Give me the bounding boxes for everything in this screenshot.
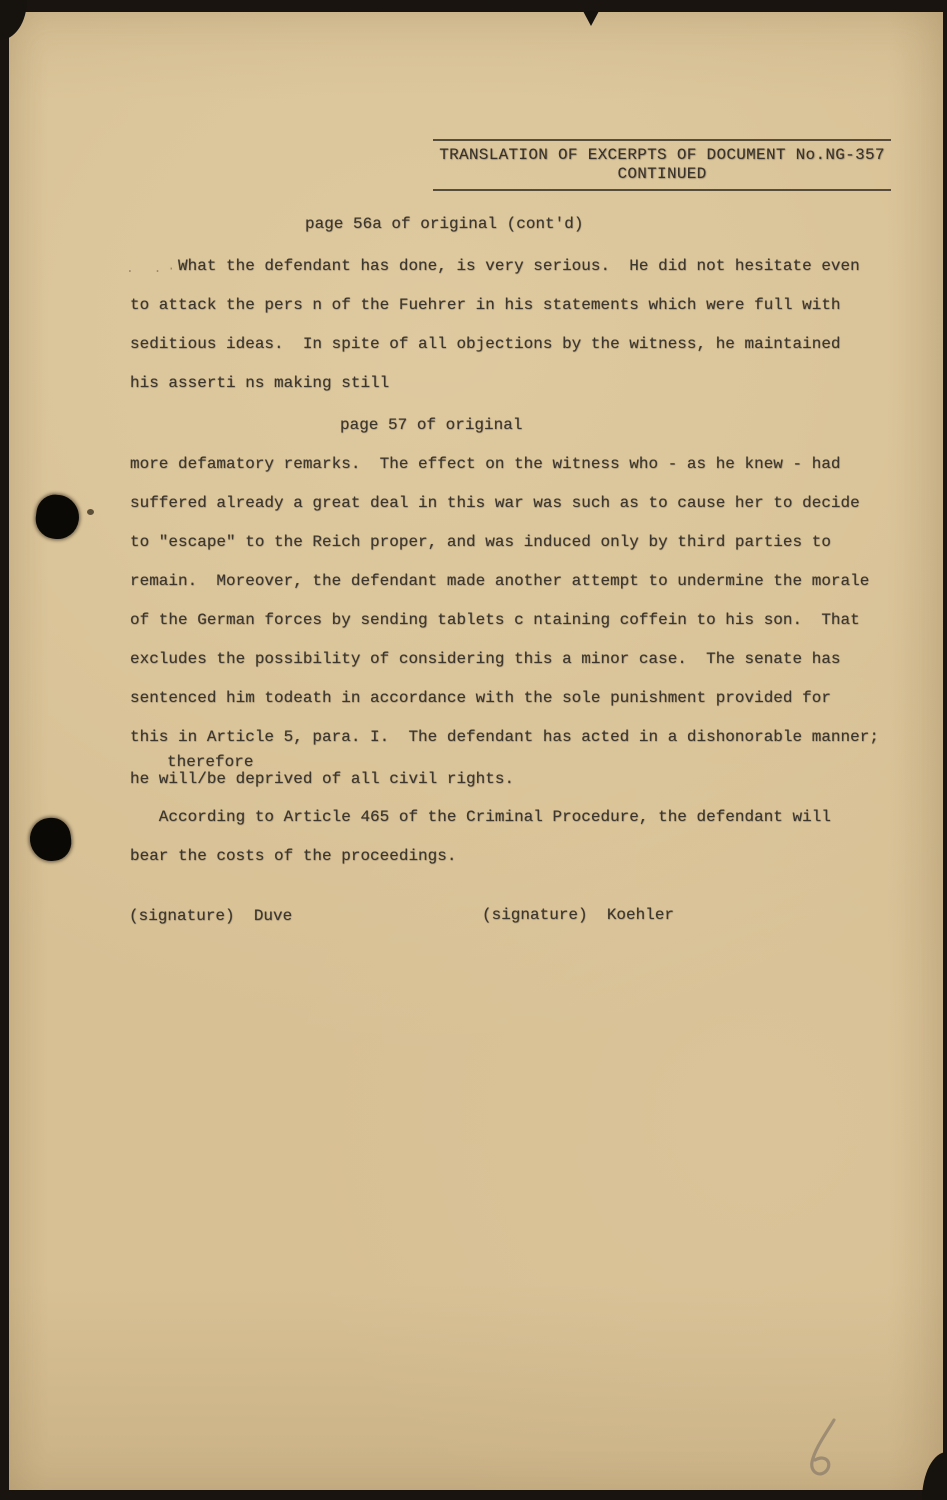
typed-line: bear the costs of the proceedings. — [130, 847, 831, 886]
typed-line: to "escape" to the Reich proper, and was… — [130, 533, 879, 572]
typed-line: of the German forces by sending tablets … — [130, 611, 879, 650]
civil-rights-line: he will/be deprived of all civil rights. — [130, 770, 514, 788]
typed-line: sentenced him todeath in accordance with… — [130, 689, 879, 728]
scan-edge-notch — [583, 11, 599, 26]
paragraph-1: What the defendant has done, is very ser… — [130, 257, 860, 413]
pencil-page-number — [801, 1417, 845, 1481]
ink-speck — [87, 509, 94, 515]
typed-line: his asserti ns making still — [130, 374, 860, 413]
signature-koehler: (signature) Koehler — [482, 906, 674, 924]
stamp-continued-line: CONTINUED — [433, 165, 891, 183]
heading-page-57: page 57 of original — [340, 416, 522, 434]
typed-line: remain. Moreover, the defendant made ano… — [130, 572, 879, 611]
typed-line: to attack the pers n of the Fuehrer in h… — [130, 296, 860, 335]
typed-line: According to Article 465 of the Criminal… — [130, 808, 831, 847]
document-stamp: TRANSLATION OF EXCERPTS OF DOCUMENT No.N… — [433, 139, 891, 191]
typed-line: more defamatory remarks. The effect on t… — [130, 455, 879, 494]
scanned-document-page: TRANSLATION OF EXCERPTS OF DOCUMENT No.N… — [0, 0, 947, 1500]
paragraph-2: more defamatory remarks. The effect on t… — [130, 455, 879, 767]
heading-page-56a: page 56a of original (cont'd) — [305, 215, 583, 233]
paragraph-3: According to Article 465 of the Criminal… — [130, 808, 831, 886]
interlined-word-therefore: therefore — [167, 753, 253, 771]
stamp-title-line: TRANSLATION OF EXCERPTS OF DOCUMENT No.N… — [433, 146, 891, 164]
signature-duve: (signature) Duve — [129, 907, 292, 925]
typed-line: excludes the possibility of considering … — [130, 650, 879, 689]
typed-line: seditious ideas. In spite of all objecti… — [130, 335, 860, 374]
typed-line: What the defendant has done, is very ser… — [130, 257, 860, 296]
typed-line: suffered already a great deal in this wa… — [130, 494, 879, 533]
